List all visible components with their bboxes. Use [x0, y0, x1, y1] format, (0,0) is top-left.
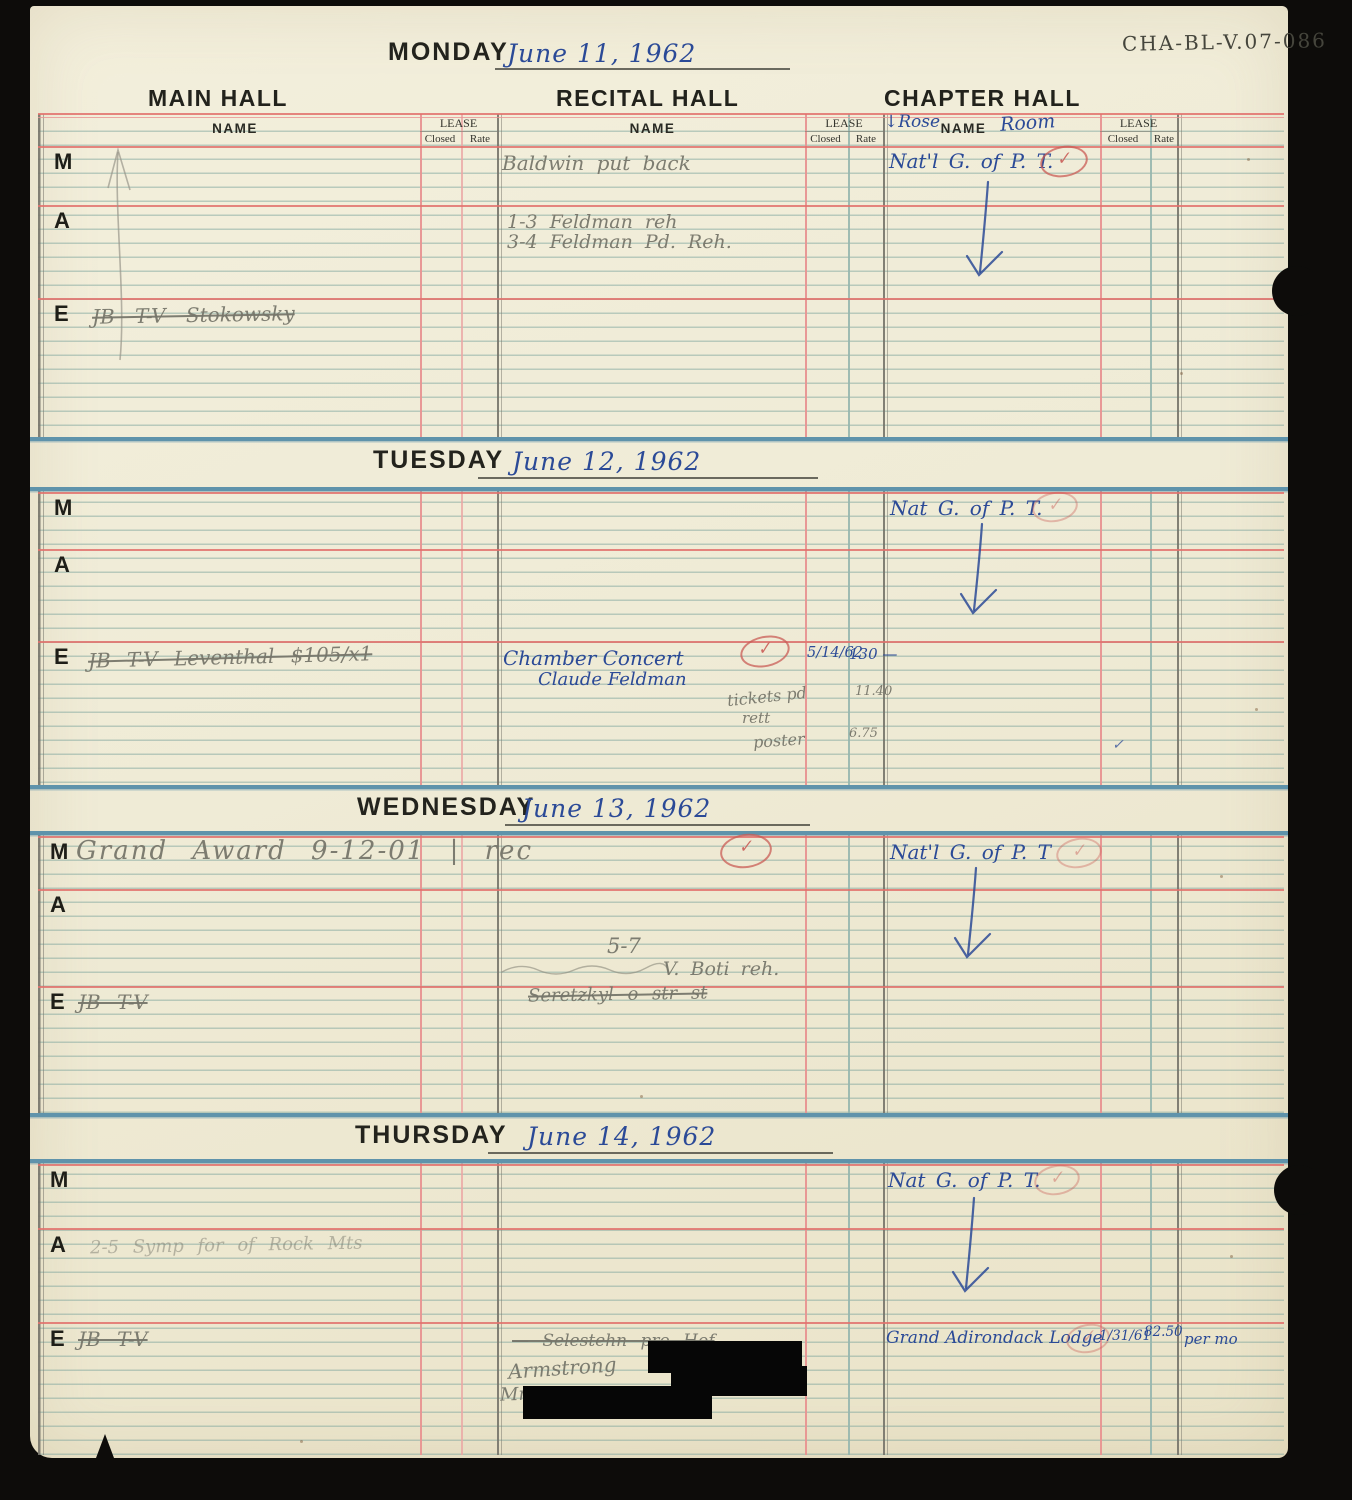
date-underline — [505, 824, 810, 826]
row-line — [38, 298, 1284, 300]
row-line — [38, 146, 1284, 148]
day-title-thursday: THURSDAY — [355, 1121, 508, 1150]
row-label-afternoon: A — [54, 208, 70, 234]
section-divider — [30, 437, 1288, 441]
paper-speck — [1230, 1255, 1233, 1258]
rate-header-recital: Rate — [848, 133, 884, 145]
paper-speck — [1180, 372, 1183, 375]
row-label-afternoon: A — [50, 1232, 66, 1258]
annotation-room: Room — [999, 110, 1056, 136]
down-arrow-icon — [956, 522, 1002, 630]
scanned-ledger-page: MONDAY June 11, 1962 CHA-BL-V.07-086 MAI… — [0, 0, 1352, 1500]
row-line — [38, 549, 1284, 551]
row-label-afternoon: A — [50, 892, 66, 918]
section-divider — [30, 785, 1288, 789]
paper-speck — [1220, 875, 1223, 878]
entry-monday-chapter-morning: Nat'l G. of P. T. — [889, 149, 1053, 173]
catalog-number: CHA-BL-V.07-086 — [1122, 28, 1327, 56]
name-header-main: NAME — [60, 121, 410, 136]
table-top-border — [38, 113, 1284, 115]
lease-header-chapter: LEASE — [1100, 116, 1177, 131]
entry-monday-recital-morning: Baldwin put back — [502, 151, 691, 175]
entry-monday-recital-afternoon-2: 3-4 Feldman Pd. Reh. — [507, 231, 732, 253]
row-label-morning: M — [50, 839, 68, 865]
entry-tuesday-recital-evening-1: Chamber Concert — [503, 646, 684, 670]
closed-header-chapter: Closed — [1097, 133, 1149, 145]
day-title-tuesday: TUESDAY — [373, 446, 504, 475]
entry-tuesday-recital-evening-2: Claude Feldman — [538, 669, 687, 690]
up-arrow-icon — [100, 140, 144, 362]
day-date-wednesday: June 13, 1962 — [522, 794, 711, 823]
date-underline — [488, 1152, 833, 1154]
entry-wednesday-chapter-morning: Nat'l G. of P. T — [890, 840, 1051, 864]
row-label-morning: M — [54, 149, 72, 175]
down-arrow-icon — [948, 1196, 994, 1308]
entry-wednesday-recital-evening-1: V. Boti reh. — [663, 958, 779, 980]
entry-wednesday-main-morning: Grand Award 9-12-01 | rec — [76, 836, 533, 866]
entry-monday-main-evening: JB T-V Stokowsky — [92, 301, 295, 329]
amount-poster: 6.75 — [849, 726, 878, 741]
day-title-monday: MONDAY — [388, 38, 509, 67]
row-line — [38, 1164, 1284, 1166]
paper-speck — [640, 1095, 643, 1098]
entry-thursday-rate: 82.50 — [1144, 1324, 1183, 1340]
pencil-squiggle — [500, 960, 670, 980]
entry-thursday-per-month: per mo — [1184, 1330, 1238, 1348]
entry-wednesday-main-evening: JB T-V — [78, 990, 148, 1014]
entry-monday-recital-afternoon-1: 1-3 Feldman reh — [507, 211, 677, 233]
table-top-border-inner — [38, 117, 1284, 118]
paper-edge-notch — [96, 1434, 114, 1458]
redaction-box — [523, 1386, 712, 1419]
row-line — [38, 641, 1284, 643]
note-poster: poster — [752, 729, 805, 752]
down-arrow-icon — [950, 866, 996, 974]
paper-speck — [300, 1440, 303, 1443]
small-check-mark: ✓ — [1112, 737, 1124, 753]
date-underline — [478, 477, 818, 479]
closed-header-main: Closed — [417, 133, 463, 145]
column-lines-tuesday — [30, 487, 1288, 785]
section-divider — [30, 1113, 1288, 1117]
lease-box-divider — [420, 131, 497, 132]
closed-header-recital: Closed — [802, 133, 849, 145]
day-date-tuesday: June 12, 1962 — [512, 447, 701, 476]
row-label-evening: E — [50, 989, 65, 1015]
row-line — [38, 889, 1284, 891]
paper-speck — [1255, 708, 1258, 711]
entry-tuesday-chapter-morning: Nat G. of P. T. — [890, 496, 1042, 520]
day-date-monday: June 11, 1962 — [507, 39, 696, 68]
lease-box-divider — [805, 131, 883, 132]
hall-header-chapter: CHAPTER HALL — [884, 85, 1081, 112]
row-line — [38, 205, 1284, 207]
section-divider — [30, 831, 1288, 835]
lease-header-recital: LEASE — [805, 116, 883, 131]
day-title-wednesday: WEDNESDAY — [357, 793, 535, 822]
row-line — [38, 1228, 1284, 1230]
paper-speck — [1247, 158, 1250, 161]
row-line — [38, 492, 1284, 494]
day-date-thursday: June 14, 1962 — [527, 1122, 716, 1151]
section-divider — [30, 487, 1288, 491]
row-label-morning: M — [54, 495, 72, 521]
hall-header-recital: RECITAL HALL — [556, 85, 739, 112]
annotation-rose: ↓Rose — [884, 112, 940, 132]
amount-tickets: 11.40 — [855, 684, 892, 699]
name-header-recital: NAME — [500, 121, 805, 136]
note-rett: rett — [742, 709, 770, 727]
section-divider — [30, 1159, 1288, 1163]
rate-header-main: Rate — [462, 133, 498, 145]
rate-header-chapter: Rate — [1146, 133, 1182, 145]
entry-wednesday-recital-evening-2: Seretzkyl o str st — [528, 982, 708, 1006]
punch-hole-tab — [1312, 282, 1352, 300]
entry-thursday-main-evening: JB T-V — [78, 1327, 148, 1351]
row-label-evening: E — [54, 301, 69, 327]
row-label-afternoon: A — [54, 552, 70, 578]
lease-box-divider — [1100, 131, 1177, 132]
hall-header-main: MAIN HALL — [148, 85, 288, 112]
lease-header-main: LEASE — [420, 116, 497, 131]
entry-thursday-chapter-morning: Nat G. of P. T. — [888, 1168, 1040, 1192]
row-label-evening: E — [54, 644, 69, 670]
entry-wednesday-recital-time: 5-7 — [607, 934, 641, 958]
down-arrow-icon — [962, 180, 1008, 292]
date-underline — [495, 68, 790, 70]
row-label-evening: E — [50, 1326, 65, 1352]
entry-tuesday-rate: 130 — — [849, 645, 897, 663]
punch-hole-tab — [1314, 1181, 1352, 1199]
row-label-morning: M — [50, 1167, 68, 1193]
